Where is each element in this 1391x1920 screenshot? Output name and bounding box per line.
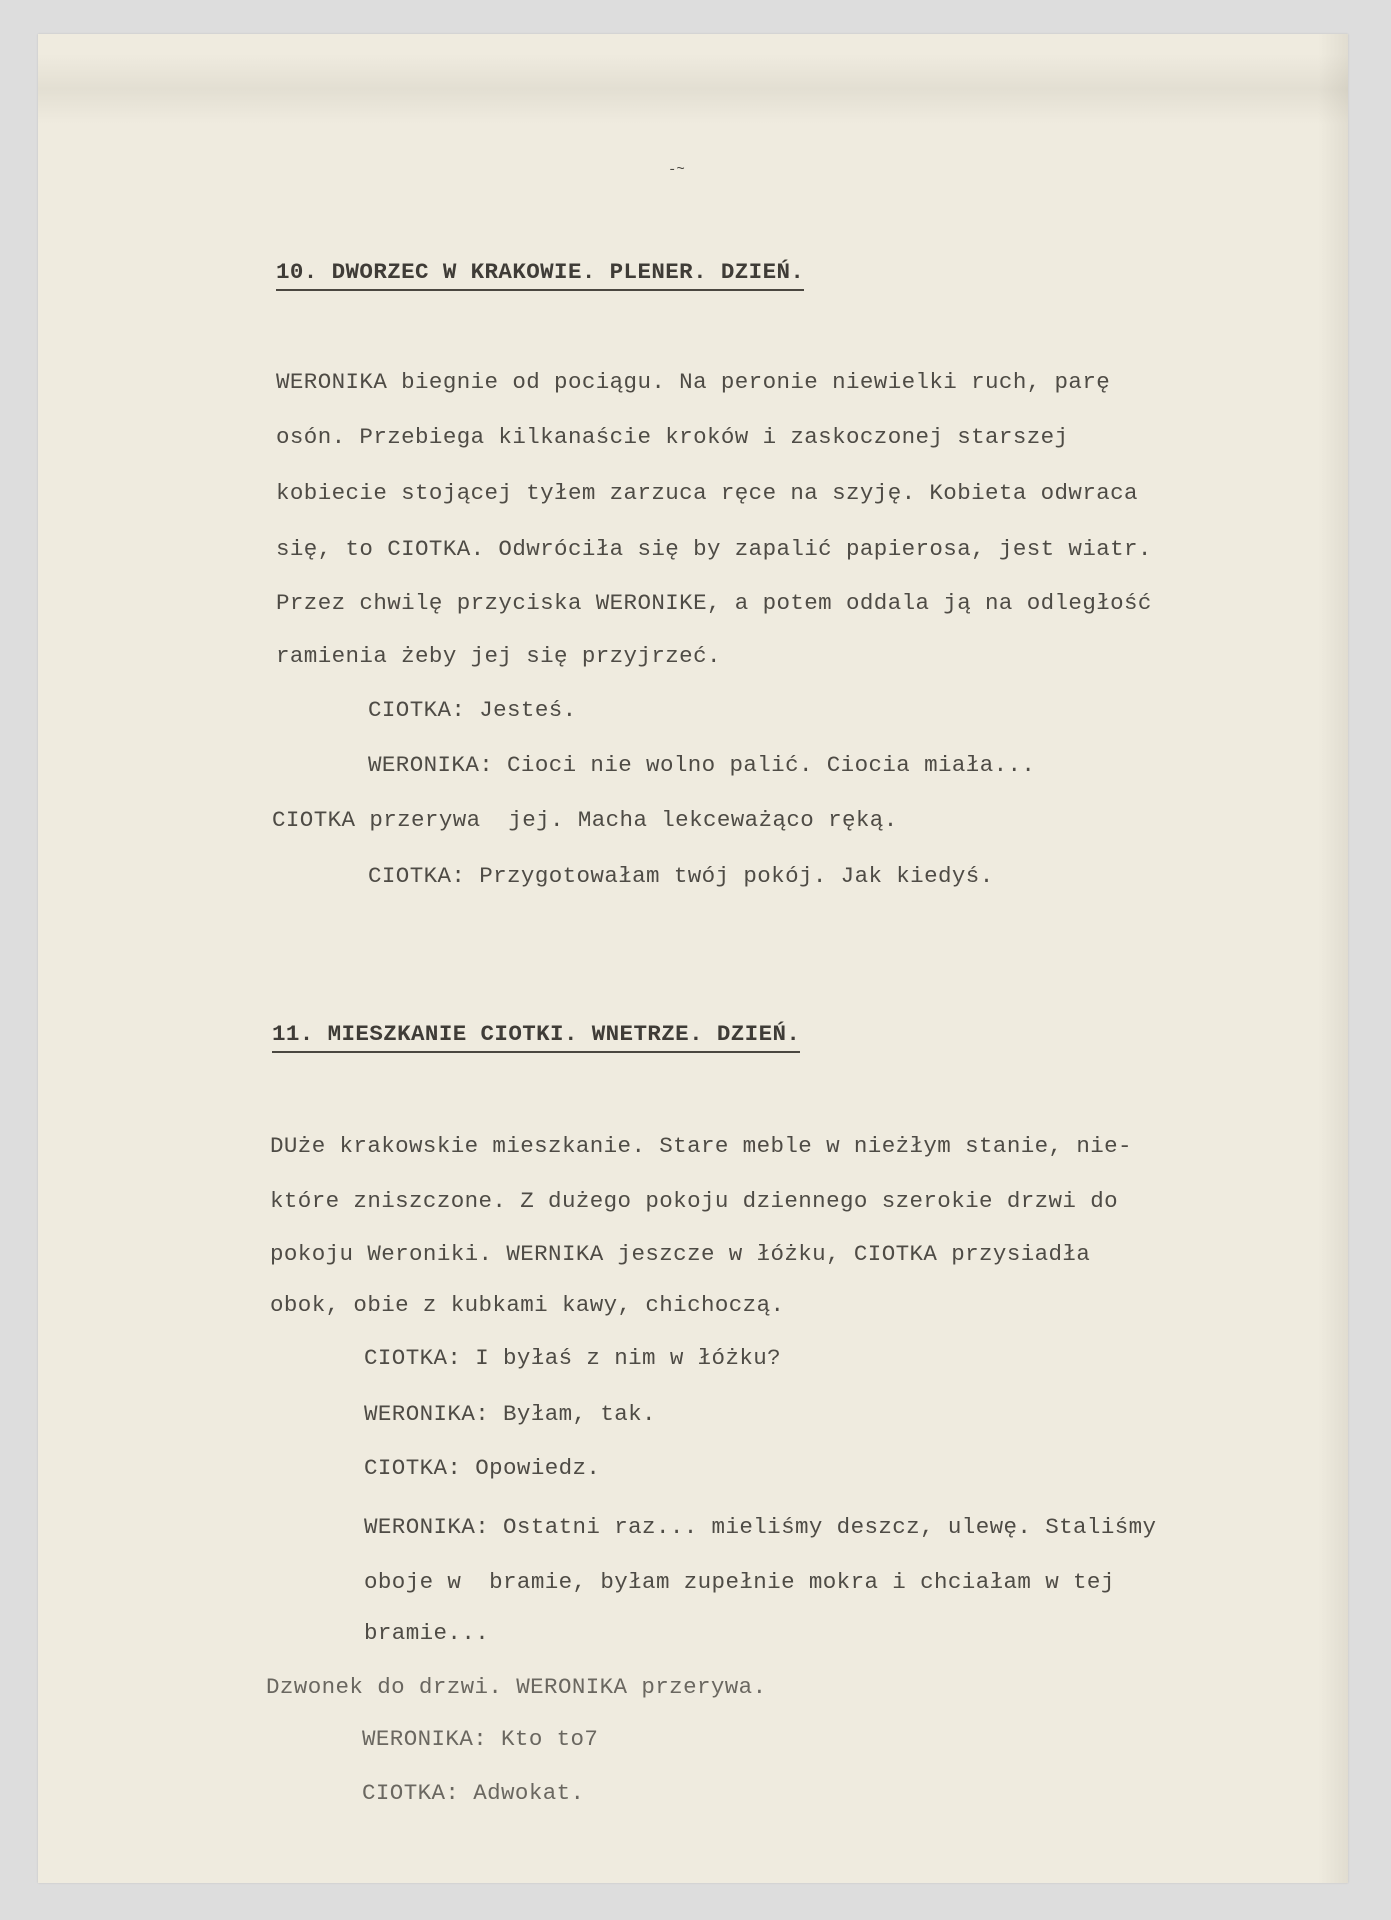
scene-11-description-line: które zniszczone. Z dużego pokoju dzienn… — [270, 1187, 1118, 1215]
scene-10-description-line: osón. Przebiega kilkanaście kroków i zas… — [276, 423, 1068, 451]
scene-11-dialogue-line: WERONIKA: Ostatni raz... mieliśmy deszcz… — [364, 1513, 1156, 1541]
scene-11-dialogue-line: CIOTKA: Adwokat. — [362, 1779, 584, 1807]
scene-11-heading: 11. MIESZKANIE CIOTKI. WNETRZE. DZIEŃ. — [272, 1020, 800, 1053]
top-mark: -~ — [668, 162, 685, 178]
scene-10-dialogue-line: CIOTKA: Jesteś. — [368, 696, 577, 724]
scene-11-dialogue-line: oboje w bramie, byłam zupełnie mokra i c… — [364, 1568, 1115, 1596]
typewritten-page — [38, 34, 1348, 1883]
scene-10-description-line: się, to CIOTKA. Odwróciła się by zapalić… — [276, 535, 1152, 563]
scene-11-dialogue-line: CIOTKA: I byłaś z nim w łóżku? — [364, 1344, 781, 1372]
scene-10-description-line: kobiecie stojącej tyłem zarzuca ręce na … — [276, 479, 1138, 507]
scene-11-dialogue-line: WERONIKA: Kto to7 — [362, 1725, 598, 1753]
scene-10-description-line: ramienia żeby jej się przyjrzeć. — [276, 642, 721, 670]
scene-10-action-line: CIOTKA przerywa jej. Macha lekceważąco r… — [272, 806, 898, 834]
scene-10-dialogue-line: WERONIKA: Cioci nie wolno palić. Ciocia … — [368, 751, 1035, 779]
scene-10-description-line: WERONIKA biegnie od pociągu. Na peronie … — [276, 368, 1110, 396]
scene-11-description-line: DUże krakowskie mieszkanie. Stare meble … — [270, 1132, 1132, 1160]
scene-11-description-line: obok, obie z kubkami kawy, chichoczą. — [270, 1291, 784, 1319]
scene-11-description-line: pokoju Weroniki. WERNIKA jeszcze w łóżku… — [270, 1240, 1090, 1268]
scene-11-action-line: Dzwonek do drzwi. WERONIKA przerywa. — [266, 1673, 766, 1701]
scene-11-dialogue-line: bramie... — [364, 1619, 489, 1647]
scene-10-description-line: Przez chwilę przyciska WERONIKE, a potem… — [276, 589, 1152, 617]
scene-10-dialogue-line: CIOTKA: Przygotowałam twój pokój. Jak ki… — [368, 862, 994, 890]
scene-11-dialogue-line: WERONIKA: Byłam, tak. — [364, 1400, 656, 1428]
scene-10-heading: 10. DWORZEC W KRAKOWIE. PLENER. DZIEŃ. — [276, 258, 804, 291]
scene-11-dialogue-line: CIOTKA: Opowiedz. — [364, 1454, 600, 1482]
